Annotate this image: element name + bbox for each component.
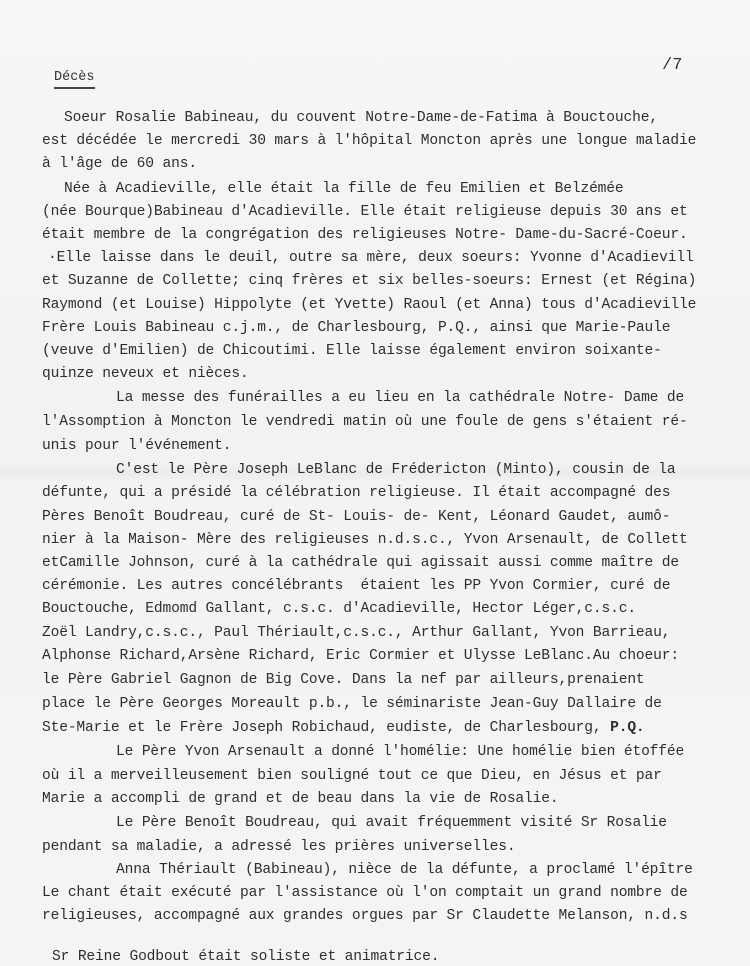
- text-line: où il a merveilleusement bien souligné t…: [42, 767, 662, 785]
- text-line: était membre de la congrégation des reli…: [42, 226, 688, 244]
- text-line-body: Ste-Marie et le Frère Joseph Robichaud, …: [42, 720, 610, 736]
- text-line: Le chant était exécuté par l'assistance …: [42, 884, 688, 902]
- text-line: Alphonse Richard,Arsène Richard, Eric Co…: [42, 647, 679, 665]
- text-line: (veuve d'Emilien) de Chicoutimi. Elle la…: [42, 342, 662, 360]
- text-line: Raymond (et Louise) Hippolyte (et Yvette…: [42, 296, 696, 314]
- text-line: Bouctouche, Edmomd Gallant, c.s.c. d'Aca…: [42, 600, 636, 618]
- page-number: /7: [662, 56, 682, 75]
- text-line: Ste-Marie et le Frère Joseph Robichaud, …: [42, 719, 645, 737]
- section-heading: Décès: [54, 70, 95, 89]
- text-line: Le Père Benoît Boudreau, qui avait fréqu…: [116, 814, 667, 832]
- text-line: La messe des funérailles a eu lieu en la…: [116, 389, 684, 407]
- text-line: C'est le Père Joseph LeBlanc de Fréderic…: [116, 461, 676, 479]
- text-line: etCamille Johnson, curé à la cathédrale …: [42, 554, 679, 572]
- text-line: pendant sa maladie, a adressé les prière…: [42, 838, 515, 856]
- text-line: est décédée le mercredi 30 mars à l'hôpi…: [42, 132, 696, 150]
- text-line: Marie a accompli de grand et de beau dan…: [42, 790, 558, 808]
- text-line: nier à la Maison- Mère des religieuses n…: [42, 531, 688, 549]
- document-page: /7 Décès Soeur Rosalie Babineau, du couv…: [0, 0, 750, 966]
- text-line: Pères Benoît Boudreau, curé de St- Louis…: [42, 508, 670, 526]
- text-line: unis pour l'événement.: [42, 437, 231, 455]
- text-line: cérémonie. Les autres concélébrants étai…: [42, 577, 670, 595]
- text-line: Sr Reine Godbout était soliste et animat…: [52, 948, 439, 966]
- text-line: à l'âge de 60 ans.: [42, 155, 197, 173]
- text-line: Le Père Yvon Arsenault a donné l'homélie…: [116, 743, 684, 761]
- text-line: Soeur Rosalie Babineau, du couvent Notre…: [64, 109, 658, 127]
- text-line: l'Assomption à Moncton le vendredi matin…: [42, 413, 688, 431]
- text-line: religieuses, accompagné aux grandes orgu…: [42, 907, 688, 925]
- text-line: ·Elle laisse dans le deuil, outre sa mèr…: [48, 249, 694, 267]
- text-line: Zoël Landry,c.s.c., Paul Thériault,c.s.c…: [42, 624, 670, 642]
- handwritten-addition: P.Q.: [610, 720, 644, 736]
- text-line: défunte, qui a présidé la célébration re…: [42, 484, 670, 502]
- text-line: le Père Gabriel Gagnon de Big Cove. Dans…: [42, 671, 645, 689]
- text-line: Frère Louis Babineau c.j.m., de Charlesb…: [42, 319, 670, 337]
- text-line: Née à Acadieville, elle était la fille d…: [64, 180, 624, 198]
- text-line: quinze neveux et nièces.: [42, 365, 249, 383]
- text-line: (née Bourque)Babineau d'Acadieville. Ell…: [42, 203, 688, 221]
- text-line: place le Père Georges Moreault p.b., le …: [42, 695, 662, 713]
- text-line: Anna Thériault (Babineau), nièce de la d…: [116, 861, 693, 879]
- text-line: et Suzanne de Collette; cinq frères et s…: [42, 272, 696, 290]
